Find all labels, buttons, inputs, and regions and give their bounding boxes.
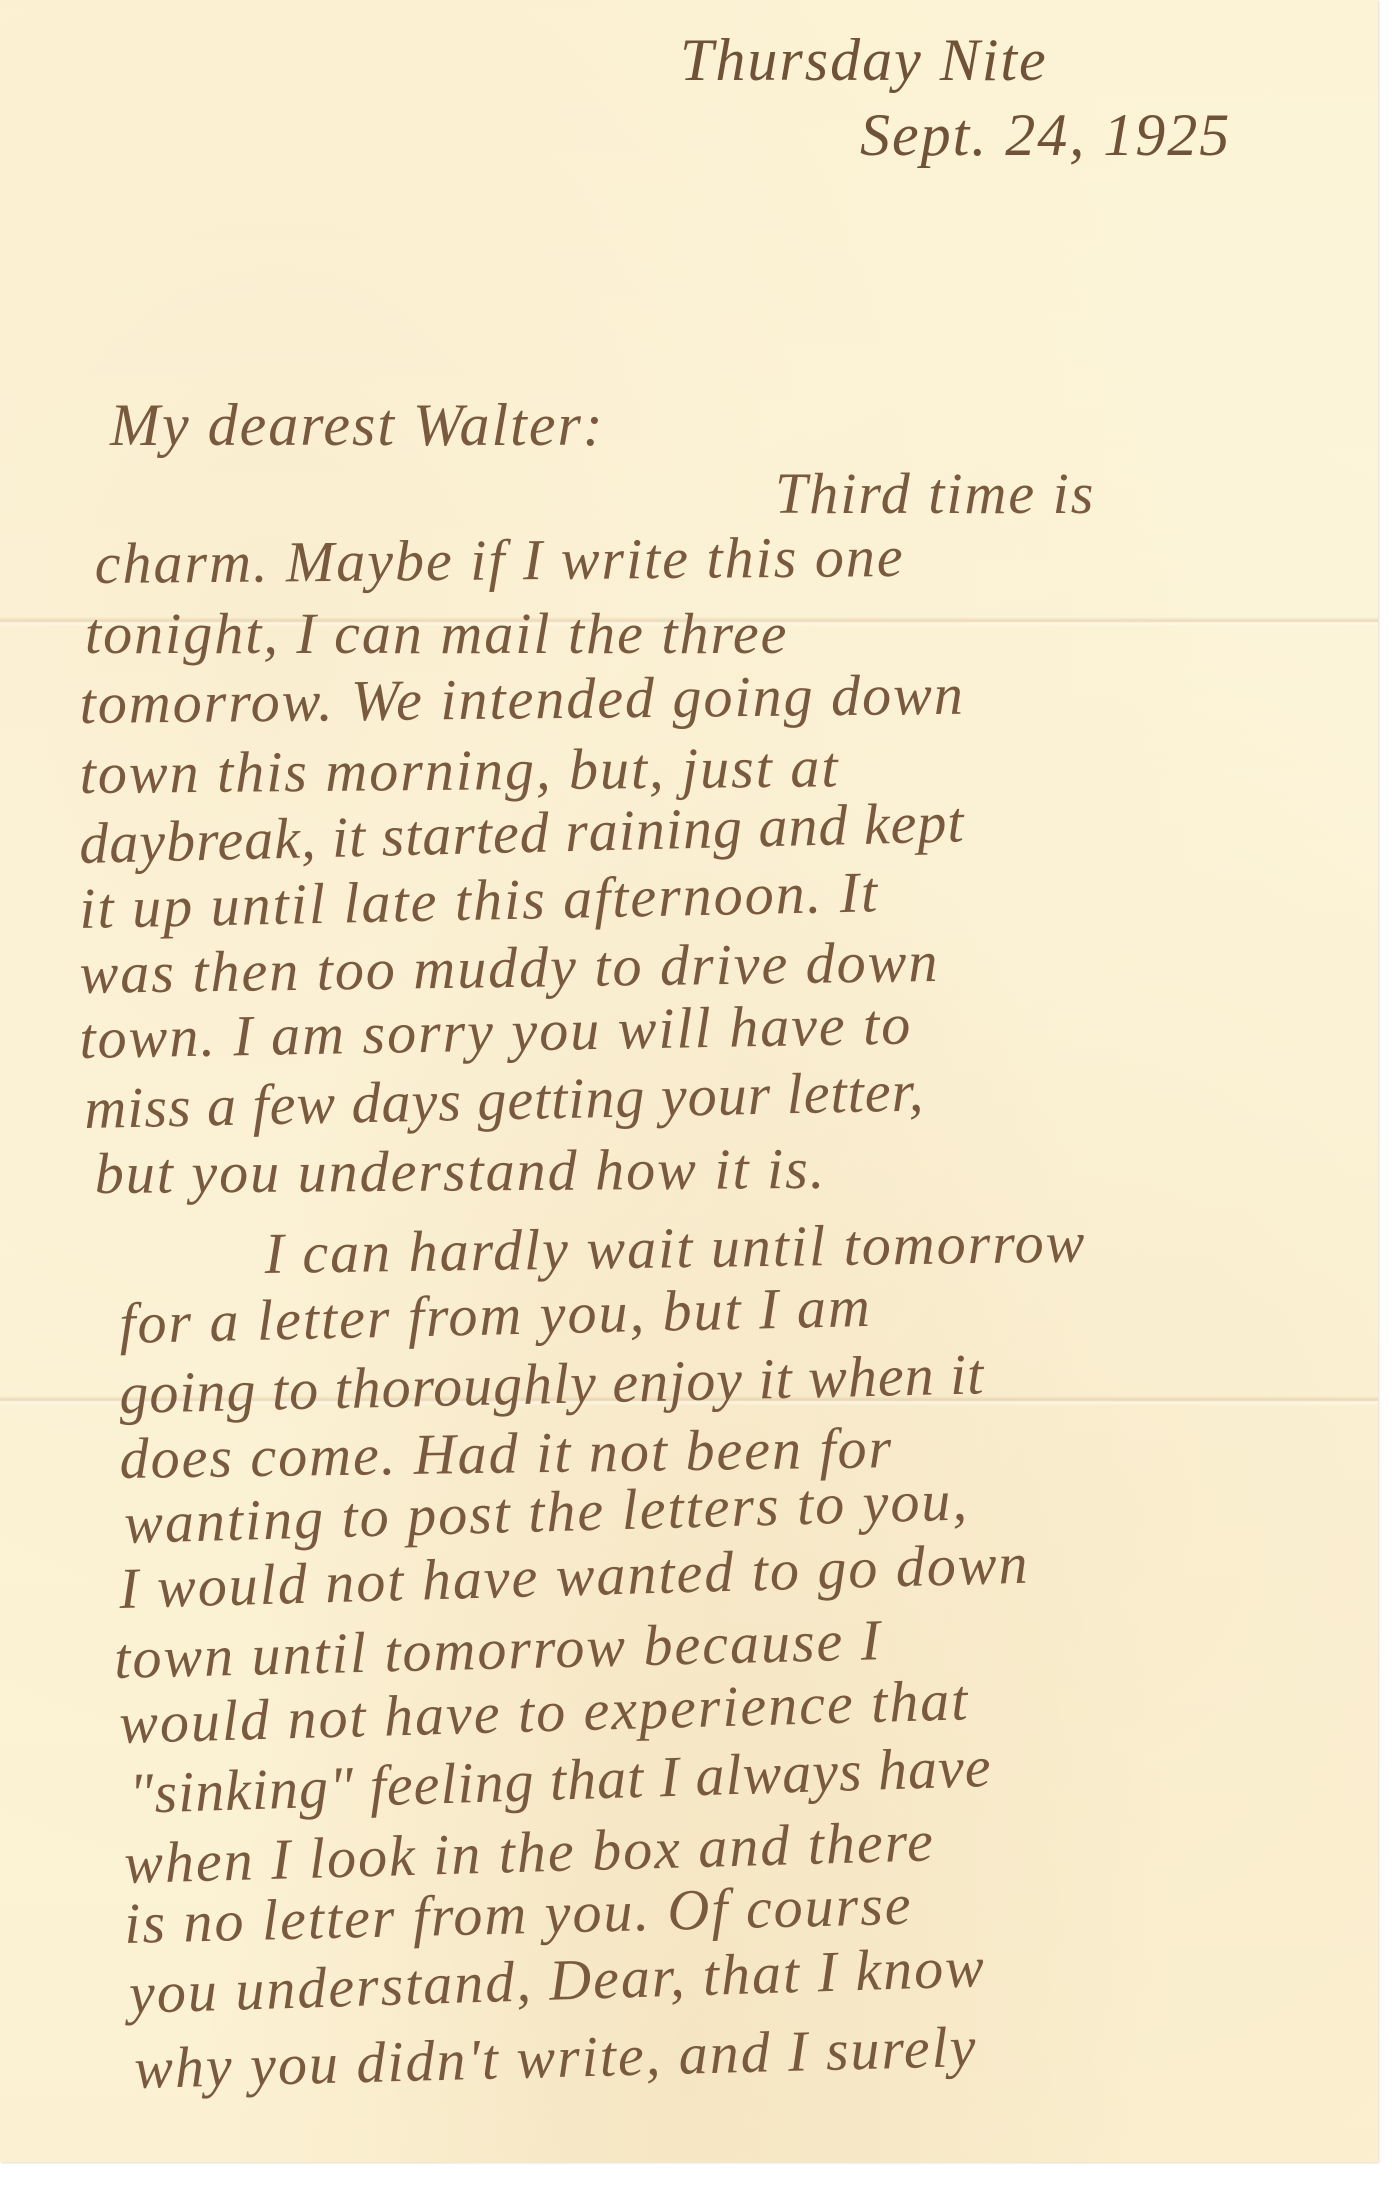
- letter-line: for a letter from you, but I am: [119, 1278, 873, 1353]
- dateline-date: Sept. 24, 1925: [860, 105, 1231, 165]
- dateline-day: Thursday Nite: [680, 30, 1048, 90]
- letter-line: but you understand how it is.: [95, 1140, 827, 1203]
- letter-line: Third time is: [775, 465, 1095, 523]
- salutation: My dearest Walter:: [110, 395, 605, 455]
- letter-line: town. I am sorry you will have to: [79, 995, 913, 1068]
- letter-line: tomorrow. We intended going down: [79, 666, 965, 733]
- letter-line: tonight, I can mail the three: [85, 605, 788, 663]
- letter-line: town this morning, but, just at: [79, 738, 839, 803]
- letter-line: why you didn't write, and I surely: [133, 2018, 978, 2098]
- letter-line: miss a few days getting your letter,: [84, 1062, 925, 1138]
- letter-line: going to thoroughly enjoy it when it: [119, 1345, 985, 1423]
- letter-line: charm. Maybe if I write this one: [94, 528, 904, 593]
- letter-page: Thursday Nite Sept. 24, 1925 My dearest …: [0, 0, 1378, 2162]
- letter-line: it up until late this afternoon. It: [79, 863, 880, 938]
- letter-line: I can hardly wait until tomorrow: [264, 1214, 1087, 1283]
